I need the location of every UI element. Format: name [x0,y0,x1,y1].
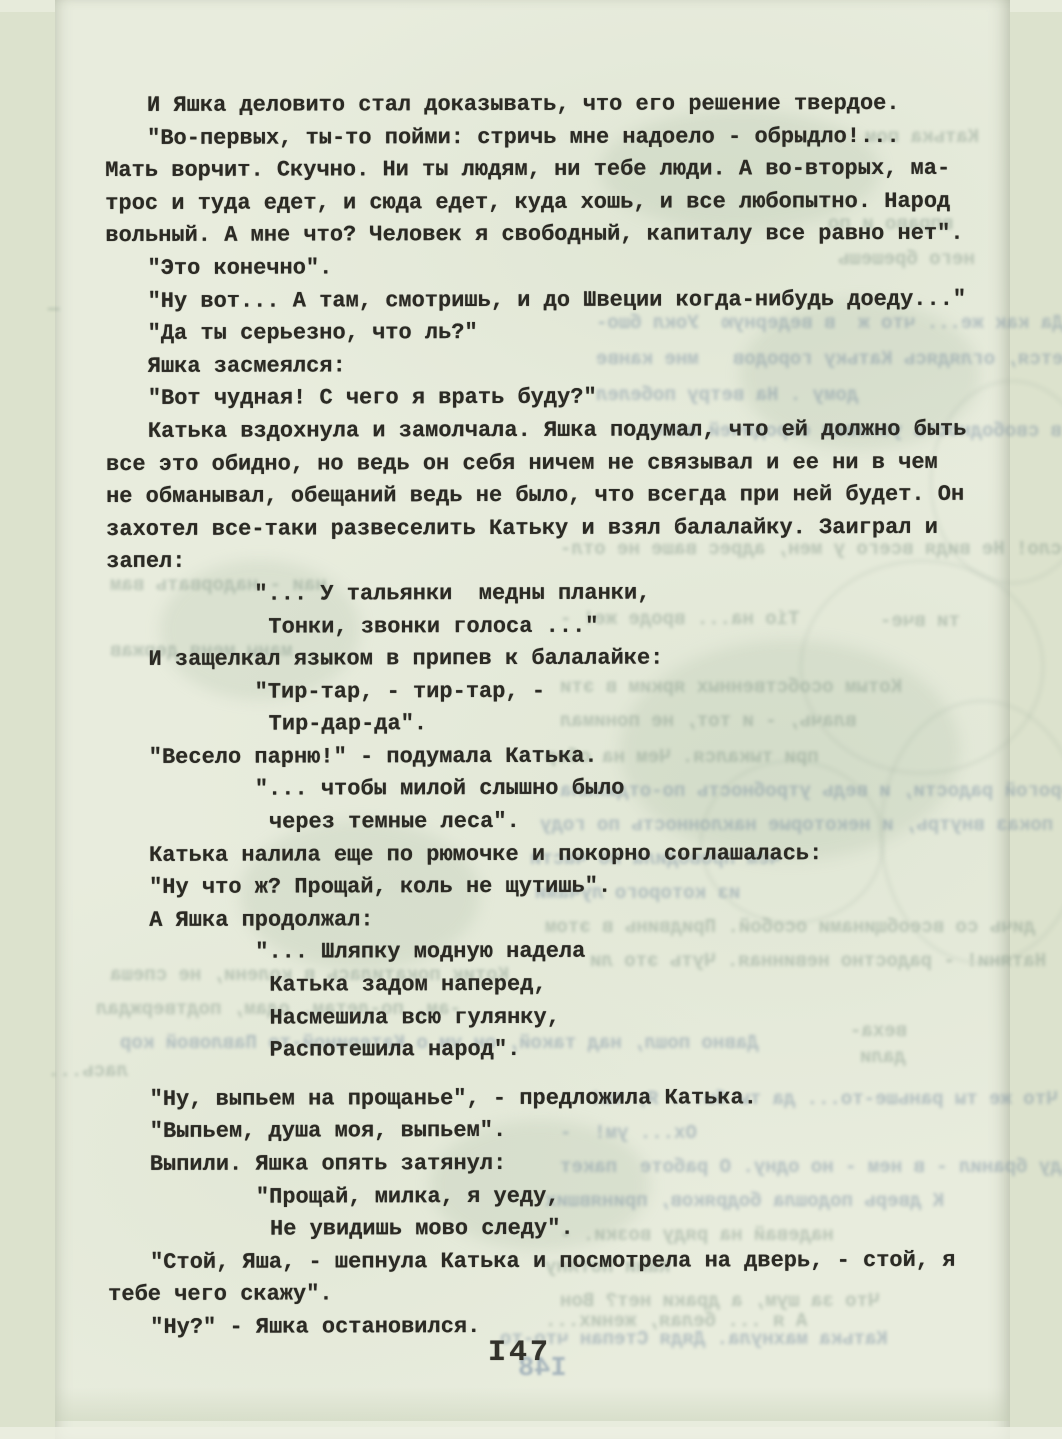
text-line: "Ну?" - Яшка остановился. [150,1310,988,1345]
text-line: И Яшка деловито стал доказывать, что его… [147,88,985,123]
text-line: "Да ты серьезно, что ль?" [148,316,986,351]
text-line: запел: [106,544,986,579]
text-line: через темные леса". [269,805,987,839]
text-line: трос и туда едет, и сюда едет, куда хошь… [105,185,985,220]
text-line: Яшка засмеялся: [148,348,986,383]
text-line: "... У тальянки медны планки, [254,577,986,612]
text-line: все это обидно, но ведь он себя ничем не… [106,446,986,481]
text-line: "Вот чудная! С чего я врать буду?" [148,381,986,416]
text-line: Насмешила всю гулянку, [269,1000,987,1034]
text-line: захотел все-таки развеселить Катьку и вз… [106,511,986,546]
text-line: вольный. А мне что? Человек я свободный,… [105,218,985,253]
scan-bottom-edge [0,1427,1062,1439]
text-line: Тир-дар-да". [269,707,987,741]
text-block: И Яшка деловито стал доказывать, что его… [105,88,988,1345]
text-line: Не увидишь мово следу". [270,1212,988,1246]
text-line: Мать ворчит. Скучно. Ни ты людям, ни теб… [105,153,985,188]
text-line: "Это конечно". [147,251,985,286]
scanned-page: Катька помвправо и понего брешешьДа как … [0,0,1062,1439]
text-line: Выпили. Яшка опять затянул: [150,1147,988,1182]
text-line: "Ну что ж? Прощай, коль не щутишь". [149,870,987,905]
text-line: "Ну, выпьем на прощанье", - предложила К… [150,1082,988,1117]
text-line: "... Шляпку модную надела [255,935,987,970]
text-line: "Во-первых, ты-то пойми: стричь мне надо… [147,120,985,155]
text-line: "Выпьем, душа моя, выпьем". [150,1114,988,1149]
text-line: И защелкал языком в припев к балалайке: [148,642,986,677]
text-line: "... чтобы милой слышно было [255,772,987,807]
text-line: "Стой, Яша, - шепнула Катька и посмотрел… [150,1244,988,1279]
text-line: "Прощай, милка, я уеду, [256,1179,988,1214]
text-line: Катька вздохнула и замолчала. Яшка подум… [148,414,986,449]
text-line: "Весело парню!" - подумала Катька. [149,740,987,775]
text-line: "Ну вот... А там, смотришь, и до Швеции … [148,283,986,318]
text-line: "Тир-тар, - тир-тар, - [255,674,987,709]
text-line: Катька налила еще по рюмочке и покорно с… [149,837,987,872]
text-line: не обманывал, обещаний ведь не было, что… [106,479,986,514]
paper-bottom-shade [55,1387,1010,1421]
text-line: А Яшка продолжал: [149,903,987,938]
text-line: Тонки, звонки голоса ..." [268,609,986,643]
page-number: I47 [488,1338,551,1368]
text-line: Распотешила народ". [269,1033,987,1067]
text-line: тебе чего скажу". [108,1277,988,1312]
text-line: Катька задом наперед, [269,968,987,1002]
